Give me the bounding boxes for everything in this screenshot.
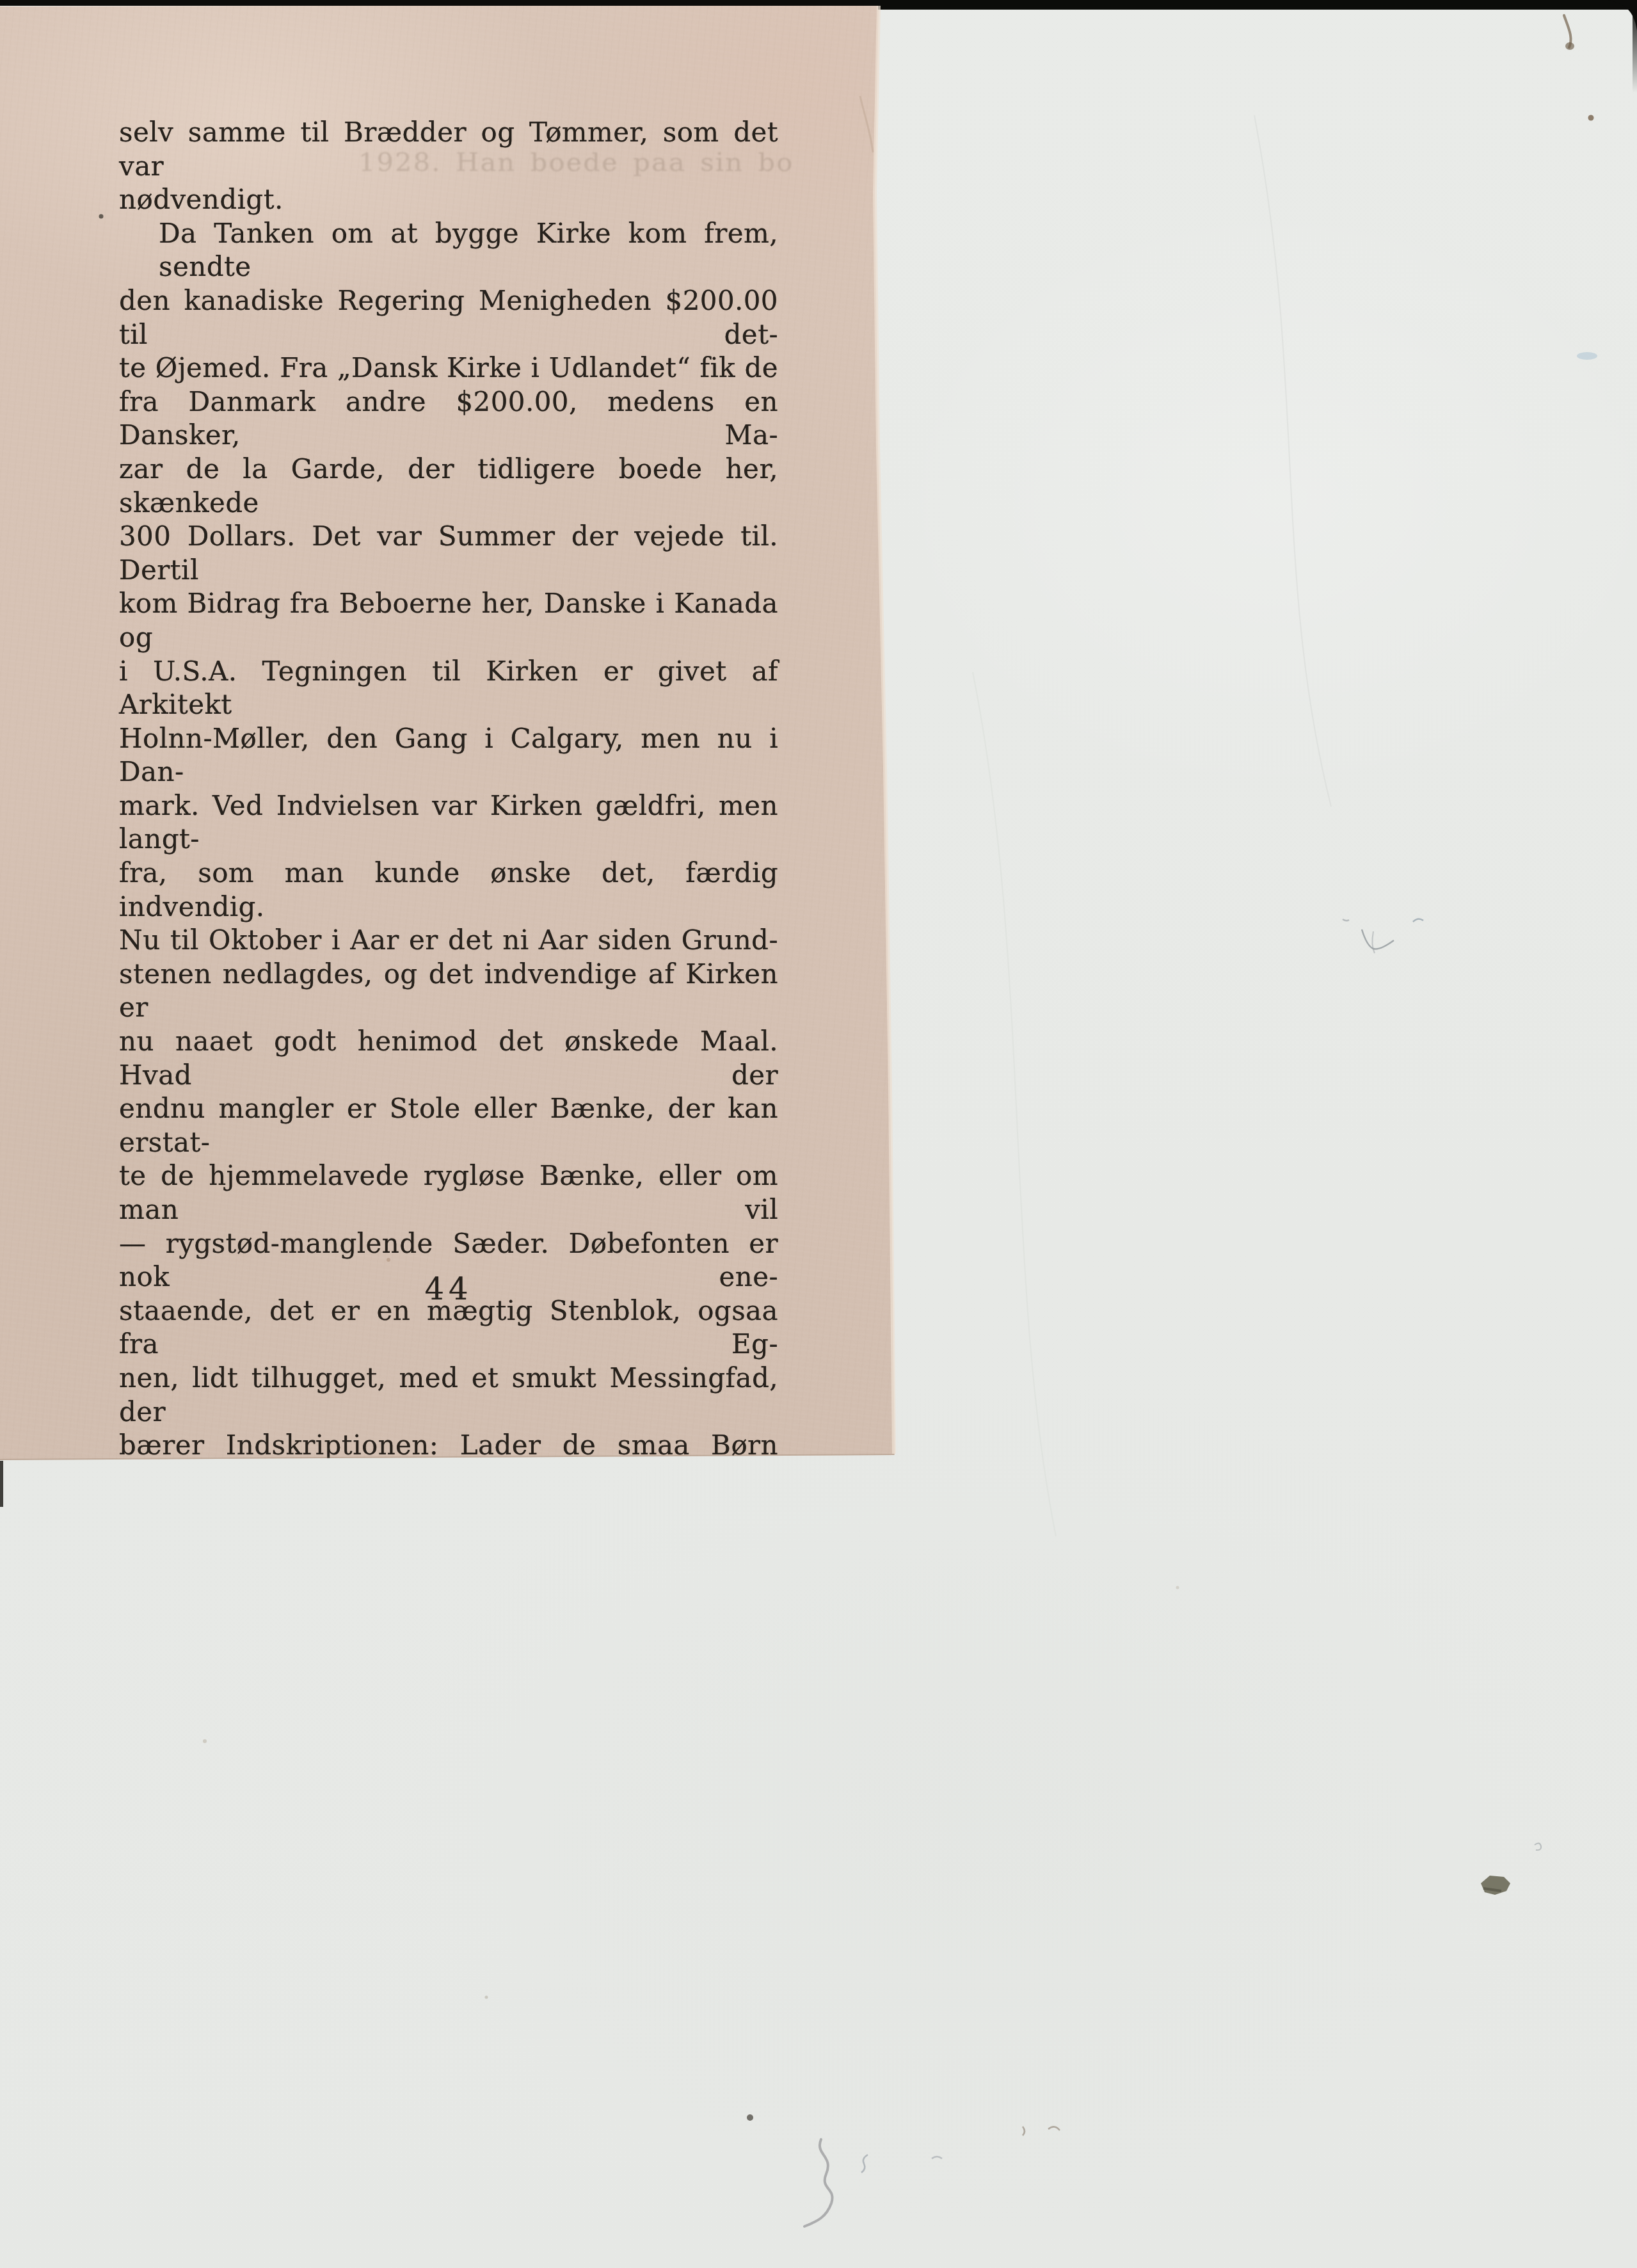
text-line: fra, som man kunde ønske det, færdig ind… [119,857,778,924]
text-line: stenen nedlagdes, og det indvendige af K… [119,958,778,1025]
book-page: 1928. Han boede paa sin bo selv samme ti… [0,0,895,1461]
text-line: i U.S.A. Tegningen til Kirken er givet a… [119,655,778,722]
text-line: den kanadiske Regering Menigheden $200.0… [119,284,778,351]
text-line: te de hjemmelavede rygløse Bænke, eller … [119,1159,778,1226]
text-line: te Øjemed. Fra „Dansk Kirke i Udlandet“ … [119,351,778,385]
text-line: nødvendigt. [119,183,778,217]
text-line: endnu mangler er Stole eller Bænke, der … [119,1092,778,1159]
text-line: zar de la Garde, der tidligere boede her… [119,453,778,520]
text-line: fra Danmark andre $200.00, medens en Dan… [119,385,778,453]
page-number: 44 [119,1271,778,1307]
text-line: Holnn-Møller, den Gang i Calgary, men nu… [119,722,778,789]
text-line: nu naaet godt henimod det ønskede Maal. … [119,1025,778,1092]
text-line: kom Bidrag fra Beboerne her, Danske i Ka… [119,587,778,654]
text-line: Da Tanken om at bygge Kirke kom frem, se… [119,217,778,284]
text-line: mark. Ved Indvielsen var Kirken gældfri,… [119,789,778,857]
text-line: Nu til Oktober i Aar er det ni Aar siden… [119,924,778,958]
text-line: selv samme til Brædder og Tømmer, som de… [119,116,778,183]
text-line: 300 Dollars. Det var Summer der vejede t… [119,520,778,587]
text-line: nen, lidt tilhugget, med et smukt Messin… [119,1362,778,1429]
